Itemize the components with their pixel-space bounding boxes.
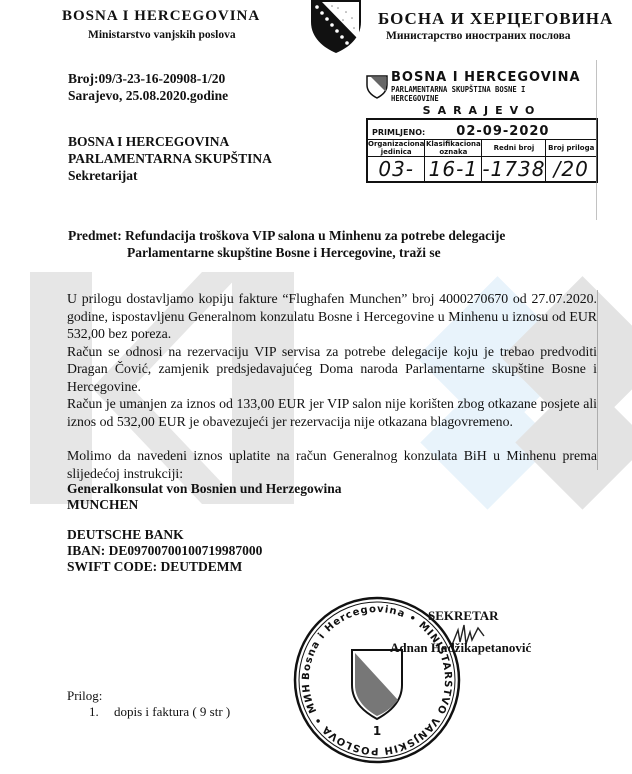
recipient-line-1: BOSNA I HERCEGOVINA — [68, 133, 272, 150]
letterhead-title-cyrillic: БОСНА И ХЕРЦЕГОВИНА — [378, 9, 613, 29]
reference-number: Broj:09/3-23-16-20908-1/20 — [68, 70, 228, 87]
beneficiary-name: Generalkonsulat von Bosnien und Herzegow… — [67, 481, 342, 497]
bank-iban: IBAN: DE09700700100719987000 — [67, 543, 262, 559]
reference-block: Broj:09/3-23-16-20908-1/20 Sarajevo, 25.… — [68, 70, 228, 104]
recipient-line-3: Sekretarijat — [68, 167, 272, 184]
signature-name: Adnan Hadžikapetanović — [390, 640, 531, 656]
attachments-label: Prilog: — [67, 688, 230, 704]
subject-block: Predmet: Refundacija troškova VIP salona… — [68, 227, 505, 261]
stamp-col-serial: Redni broj — [482, 140, 546, 157]
attachment-item: 1. dopis i faktura ( 9 str ) — [67, 704, 230, 720]
scan-edge-line — [596, 60, 597, 220]
scan-edge-line-lower — [597, 290, 598, 470]
stamp-col-org-unit: Organizaciona jedinica — [367, 140, 425, 157]
attachments-block: Prilog: 1. dopis i faktura ( 9 str ) — [67, 688, 230, 720]
bank-block: DEUTSCHE BANK IBAN: DE097007001007199870… — [67, 527, 262, 575]
attachment-item-number: 1. — [89, 704, 99, 719]
bank-name: DEUTSCHE BANK — [67, 527, 262, 543]
subject-line-2: Parlamentarne skupštine Bosne i Hercegov… — [68, 244, 505, 261]
body-text: U prilogu dostavljamo kopiju fakture “Fl… — [67, 290, 597, 482]
seal-number: 1 — [373, 724, 381, 738]
stamp-value-classification: 16-1 — [425, 157, 482, 183]
beneficiary-block: Generalkonsulat von Bosnien und Herzegow… — [67, 481, 342, 513]
letterhead-subtitle-latin: Ministarstvo vanjskih poslova — [88, 29, 236, 41]
stamp-value-serial: -1738 — [482, 157, 546, 183]
stamp-city: SARAJEVO — [366, 104, 598, 117]
body-paragraph-reduction: Račun je umanjen za iznos od 133,00 EUR … — [67, 395, 597, 430]
stamp-table: PRIMLJENO: 02-09-2020 Organizaciona jedi… — [366, 118, 598, 183]
registry-stamp: BOSNA I HERCEGOVINA PARLAMENTARNA SKUPŠT… — [366, 70, 598, 183]
body-paragraph-request: Molimo da navedeni iznos uplatite na rač… — [67, 447, 597, 482]
recipient-block: BOSNA I HERCEGOVINA PARLAMENTARNA SKUPŠT… — [68, 133, 272, 184]
reference-place-date: Sarajevo, 25.08.2020.godine — [68, 87, 228, 104]
stamp-value-attachments: /20 — [546, 157, 597, 183]
attachment-item-text: dopis i faktura ( 9 str ) — [114, 704, 230, 719]
stamp-title: BOSNA I HERCEGOVINA — [391, 70, 598, 85]
body-paragraph-invoice: U prilogu dostavljamo kopiju fakture “Fl… — [67, 290, 597, 343]
beneficiary-city: MUNCHEN — [67, 497, 342, 513]
stamp-coat-of-arms-icon — [366, 75, 388, 99]
letterhead-subtitle-cyrillic: Министарство иностраних послова — [386, 30, 571, 42]
stamp-subtitle: PARLAMENTARNA SKUPŠTINA BOSNE I HERCEGOV… — [391, 85, 577, 103]
bih-coat-of-arms-icon — [308, 0, 364, 54]
subject-label: Predmet: — [68, 228, 122, 243]
bank-swift: SWIFT CODE: DEUTDEMM — [67, 559, 262, 575]
subject-line-1: Refundacija troškova VIP salona u Minhen… — [125, 228, 505, 243]
recipient-line-2: PARLAMENTARNA SKUPŠTINA — [68, 150, 272, 167]
stamp-col-classification: Klasifikaciona oznaka — [425, 140, 482, 157]
stamp-value-org-unit: 03- — [367, 157, 425, 183]
stamp-col-attachments: Broj priloga — [546, 140, 597, 157]
stamp-received-date: 02-09-2020 — [456, 124, 549, 139]
body-paragraph-reservation: Račun se odnosi na rezervaciju VIP servi… — [67, 343, 597, 396]
letterhead-title-latin: BOSNA I HERCEGOVINA — [62, 8, 260, 25]
stamp-received-label: PRIMLJENO: — [372, 128, 425, 137]
